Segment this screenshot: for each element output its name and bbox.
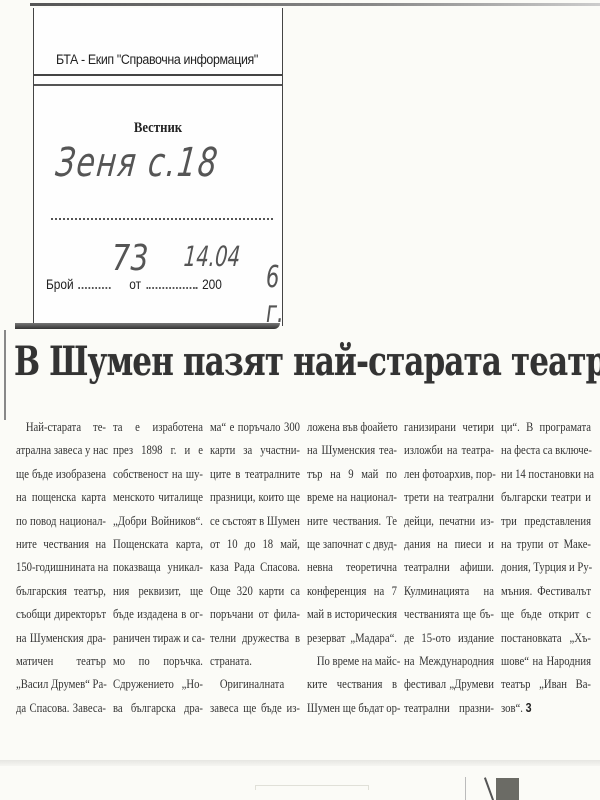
stamp-rule [34,74,282,76]
text-line: изложби на театра- [404,438,494,461]
text-line: Сдружението „Но- [113,672,203,695]
clipping-bottom-edge [0,760,600,766]
text-line: постановката „Хъ- [501,626,591,649]
stamp-organization: БТА - Екип "Справочна информация" [56,52,260,67]
text-line: зов“. 3 [501,696,591,719]
text-line: трети на театрални [404,485,494,508]
text-line: честванията ще бъ- [404,602,494,625]
text-line: мо по поръчка. [113,649,203,672]
article-headline: В Шумен пазят най-старата театрална заве… [14,338,453,385]
text-line: от 10 до 18 май, [210,532,300,555]
scan-artifact [496,778,519,800]
stamp-rule [34,84,282,86]
text-line: Кулминацията на [404,579,494,602]
text-line: менското читалище [113,485,203,508]
text-line: български театри и [501,485,591,508]
scan-artifact [484,777,494,800]
text-line: ните чествания. Те [307,509,397,532]
text-line: лен фотоархив, пор- [404,462,494,485]
text-line: ките чествания в [307,672,397,695]
text-line: ния реквизит, ще [113,579,203,602]
text-line: резерват „Мадара“. [307,626,397,649]
text-line: атрална завеса у нас [16,438,106,461]
text-line: ще започнат с двуд- [307,532,397,555]
scan-artifact [255,785,369,790]
text-line: ще бъде изобразена [16,462,106,485]
text-line: По време на майс- [307,649,397,672]
handwritten-issue-number: 73 [112,238,149,279]
text-line: карти за участни- [210,438,300,461]
text-line: три представления [501,509,591,532]
handwritten-date: 14.04 [183,240,242,273]
text-line: каза Рада Спасова. [210,555,300,578]
text-line: време на национал- [307,485,397,508]
text-line: театър „Иван Ва- [501,672,591,695]
text-line: показваща уникал- [113,555,203,578]
text-line: конференция на 7 [307,579,397,602]
text-line: невна теоретична [307,555,397,578]
article-column-1: Най-старата те- атрална завеса у нас ще … [14,415,111,745]
text-line: по повод национал- [16,509,106,532]
text-line: ци“. В програмата [501,415,591,438]
text-line: Още 320 карти са [210,579,300,602]
date-label: от [129,276,141,292]
article-column-6: ци“. В програмата на феста са включе- ни… [499,415,596,745]
text-line: фестивал „Друмеви [404,672,494,695]
text-line: Най-старата те- [16,415,106,438]
stamp-issue-row: Брой от 200 [46,276,242,292]
text-line: матичен театър [16,649,106,672]
text-line: на Шуменския дра- [16,626,106,649]
stamp-newspaper-label: Вестник [53,120,264,137]
article-column-2: та е изработена през 1898 г. и е собстве… [111,415,208,745]
text-line: май в историческия [307,602,397,625]
text-line: бъде издадена в ог- [113,602,203,625]
text-line: ците в театралните [210,462,300,485]
year-printed: 200 [202,276,222,292]
text-line: Шумен ще бъдат ор- [307,696,397,719]
text-line: мъния. Фестивалът [501,579,591,602]
article-column-5: ганизирани четири изложби на театра- лен… [402,415,499,745]
text-line: раничен тираж и са- [113,626,203,649]
text-line: на Шуменския теа- [307,438,397,461]
text-line: ганизирани четири [404,415,494,438]
text-line: ложена във фоайето [307,415,397,438]
text-line: шове“ на Народния [501,649,591,672]
text-line: на феста са включе- [501,438,591,461]
text-line: поръчани от фила- [210,602,300,625]
text-line: се състоят в Шумен [210,509,300,532]
text-line: ще бъде открит с [501,602,591,625]
clipping-stamp: БТА - Екип "Справочна информация" Вестни… [33,8,283,326]
text-line: съобщи директорът [16,602,106,625]
text-line: празници, които ще [210,485,300,508]
end-marker: 3 [526,700,532,715]
text-line: завеса ще бъде из- [210,696,300,719]
text-line: „Васил Друмев“ Ра- [16,672,106,695]
text-line: дания на пиеси и [404,532,494,555]
text-line: де 15-ото издание [404,626,494,649]
text-line: през 1898 г. и е [113,438,203,461]
text-line: театрални празни- [404,696,494,719]
text-line: ните чествания на [16,532,106,555]
stamp-dotted-line [51,218,273,220]
scan-artifact [465,777,466,800]
text-line: да Спасова. Завеса- [16,696,106,719]
text-line: театрални афиши. [404,555,494,578]
clipping-left-edge [4,330,6,420]
text-line: ни 14 постановки на [501,462,591,485]
text-line: Оригиналната [210,672,300,695]
text-line: дония, Турция и Ру- [501,555,591,578]
text-line: та е изработена [113,415,203,438]
final-text: зов“. [501,700,523,715]
handwritten-year: 6 г. [266,260,284,330]
text-line: на трупи от Маке- [501,532,591,555]
date-dots [146,287,197,289]
issue-label: Брой [46,276,74,292]
text-line: на пощенска карта [16,485,106,508]
article-body: Най-старата те- атрална завеса у нас ще … [14,415,600,745]
page-top-edge [30,3,600,6]
text-line: 150-годишнината на [16,555,106,578]
article-column-3: ма“ е поръчало 300 карти за участни- цит… [208,415,305,745]
text-line: собственост на шу- [113,462,203,485]
issue-dots [79,287,111,289]
text-line: тър на 9 май по [307,462,397,485]
text-line: страната. [210,649,300,672]
article-column-4: ложена във фоайето на Шуменския теа- тър… [305,415,402,745]
text-line: на Международния [404,649,494,672]
text-line: българския театър, [16,579,106,602]
text-line: Пощенската карта, [113,532,203,555]
text-line: ма“ е поръчало 300 [210,415,300,438]
text-line: „Добри Войников“. [113,509,203,532]
text-line: дейци, печатни из- [404,509,494,532]
text-line: телни дружества в [210,626,300,649]
handwritten-newspaper-name: Зеня с.18 [54,140,221,186]
text-line: ва българска дра- [113,696,203,719]
stamp-bottom-edge [15,323,280,329]
